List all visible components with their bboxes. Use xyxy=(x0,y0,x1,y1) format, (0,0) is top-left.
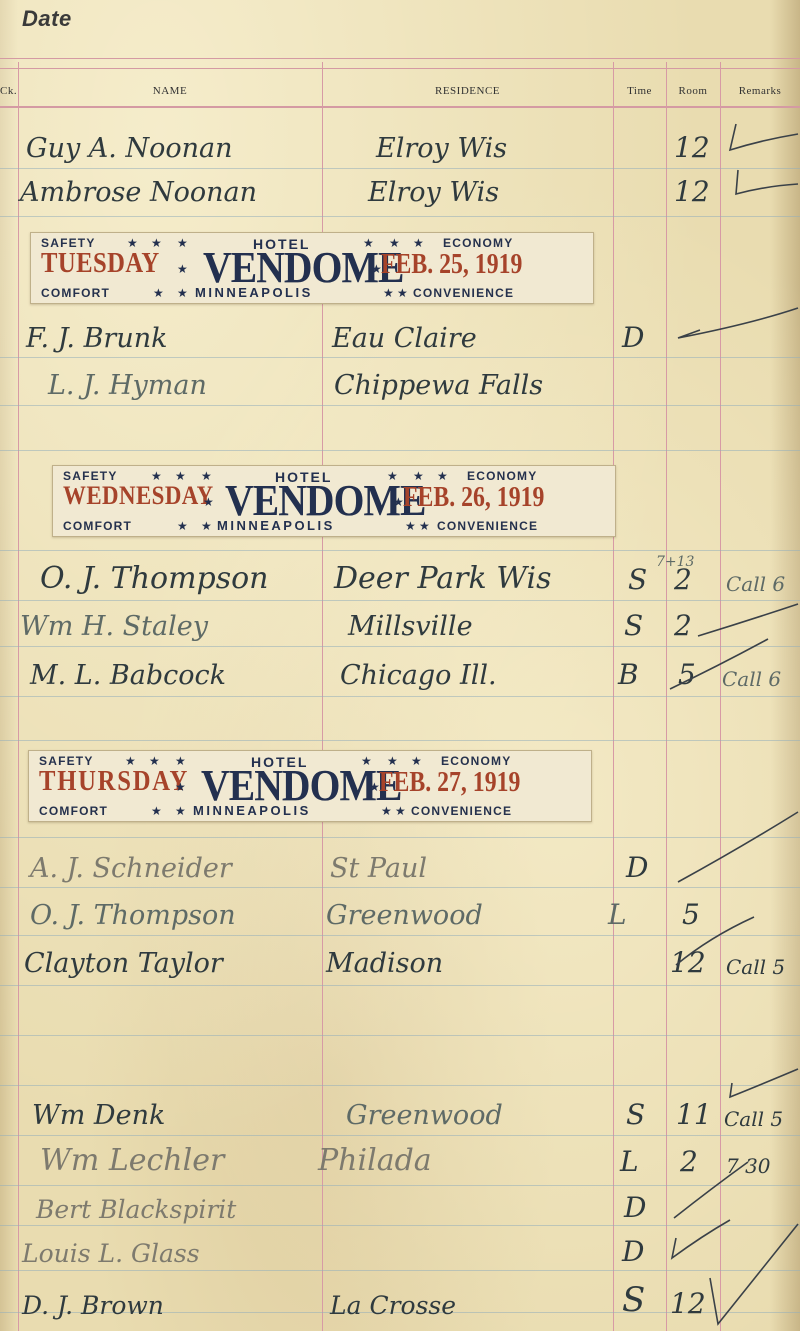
guest-room: 2 xyxy=(674,563,692,596)
guest-name: M. L. Babcock xyxy=(30,660,226,691)
register-entry: Guy A. Noonan Elroy Wis 12 xyxy=(0,128,800,168)
guest-residence: Eau Claire xyxy=(332,323,477,354)
star-icon: ★ xyxy=(405,519,416,533)
star-icon: ★ xyxy=(151,804,162,818)
star-icon: ★ xyxy=(381,804,392,818)
guest-name: Guy A. Noonan xyxy=(26,133,232,164)
guest-name: A. J. Schneider xyxy=(30,853,232,884)
guest-residence: St Paul xyxy=(330,853,427,884)
guest-name: D. J. Brown xyxy=(22,1291,164,1320)
star-icon: ★ xyxy=(419,519,430,533)
column-header-time: Time xyxy=(613,85,666,97)
star-icon: ★ xyxy=(153,286,164,300)
star-icon: ★ xyxy=(175,780,186,794)
star-icon: ★ xyxy=(383,286,394,300)
guest-time: D xyxy=(624,1191,646,1224)
star-icon: ★ xyxy=(175,804,186,818)
guest-name: Bert Blackspirit xyxy=(36,1195,236,1224)
banner-comfort: COMFORT xyxy=(39,804,108,818)
hotel-date-banner: SAFETY ★ ★ ★ WEDNESDAY ★ HOTEL VENDOME ★… xyxy=(52,465,616,537)
guest-name: O. J. Thompson xyxy=(40,561,269,596)
star-icon: ★ xyxy=(437,469,448,483)
check-mark-icon xyxy=(670,304,800,354)
star-icon: ★ xyxy=(387,469,398,483)
star-icon: ★ xyxy=(201,519,212,533)
guest-name: Wm H. Staley xyxy=(20,611,208,642)
ruled-line xyxy=(0,1035,800,1036)
guest-name: Ambrose Noonan xyxy=(20,177,257,208)
star-icon: ★ xyxy=(203,495,214,509)
banner-convenience: CONVENIENCE xyxy=(437,519,538,533)
guest-time: S xyxy=(626,1098,645,1131)
banner-comfort: COMFORT xyxy=(41,286,110,300)
header-rule-bottom xyxy=(0,106,800,108)
column-header-name: NAME xyxy=(18,85,322,97)
star-icon: ★ xyxy=(387,754,398,768)
guest-residence: Elroy Wis xyxy=(376,133,507,164)
guest-residence: Philada xyxy=(318,1143,432,1178)
banner-day: WEDNESDAY xyxy=(63,481,214,511)
date-label: Date xyxy=(22,6,72,32)
register-entry: Ambrose Noonan Elroy Wis 12 xyxy=(0,172,800,212)
column-header-residence: RESIDENCE xyxy=(322,85,613,97)
guest-residence: Madison xyxy=(326,948,443,979)
guest-name: Wm Lechler xyxy=(40,1143,224,1178)
ruled-line xyxy=(0,216,800,217)
ruled-line xyxy=(0,450,800,451)
register-entry: Clayton Taylor Madison 12 Call 5 xyxy=(0,943,800,983)
check-mark-icon xyxy=(730,166,800,206)
column-header-ck: Ck. xyxy=(0,85,14,97)
banner-date: FEB. 26, 1919 xyxy=(403,481,544,514)
guest-room: 12 xyxy=(674,175,710,208)
star-icon: ★ xyxy=(389,236,400,250)
hotel-date-banner: SAFETY ★ ★ ★ THURSDAY ★ HOTEL VENDOME ★ … xyxy=(28,750,592,822)
guest-residence: Elroy Wis xyxy=(368,177,499,208)
guest-residence: Greenwood xyxy=(326,900,483,931)
guest-remarks: Call 5 xyxy=(724,1107,783,1131)
banner-economy: ECONOMY xyxy=(441,754,511,768)
banner-economy: ECONOMY xyxy=(467,469,537,483)
guest-time: S xyxy=(622,1280,645,1320)
guest-residence: Chicago Ill. xyxy=(340,660,497,691)
guest-time: L xyxy=(620,1145,639,1178)
banner-city: MINNEAPOLIS xyxy=(193,803,311,818)
header-rule-2 xyxy=(0,68,800,69)
guest-name: Clayton Taylor xyxy=(24,948,223,979)
star-icon: ★ xyxy=(413,236,424,250)
ruled-line xyxy=(0,1085,800,1086)
star-icon: ★ xyxy=(395,804,406,818)
ruled-line xyxy=(0,1135,800,1136)
guest-residence: Millsville xyxy=(348,611,473,642)
guest-residence: Chippewa Falls xyxy=(334,370,543,401)
check-mark-icon xyxy=(720,1065,800,1105)
banner-convenience: CONVENIENCE xyxy=(411,804,512,818)
guest-time: D xyxy=(626,851,648,884)
column-header-room: Room xyxy=(666,85,720,97)
guest-time: D xyxy=(622,1235,644,1268)
register-entry: L. J. Hyman Chippewa Falls xyxy=(0,365,800,405)
ruled-line xyxy=(0,985,800,986)
banner-day: THURSDAY xyxy=(39,766,189,798)
guest-time: L xyxy=(608,898,627,931)
register-entry: A. J. Schneider St Paul D xyxy=(0,848,800,888)
banner-convenience: CONVENIENCE xyxy=(413,286,514,300)
star-icon: ★ xyxy=(413,469,424,483)
ruled-line xyxy=(0,696,800,697)
banner-date: FEB. 25, 1919 xyxy=(381,248,522,281)
register-entry: F. J. Brunk Eau Claire D xyxy=(0,318,800,358)
guest-name: L. J. Hyman xyxy=(48,370,207,401)
check-mark-icon xyxy=(670,913,760,973)
banner-city: MINNEAPOLIS xyxy=(195,285,313,300)
star-icon: ★ xyxy=(361,754,372,768)
banner-economy: ECONOMY xyxy=(443,236,513,250)
guest-room: 11 xyxy=(676,1098,712,1131)
guest-name: F. J. Brunk xyxy=(26,323,167,354)
banner-comfort: COMFORT xyxy=(63,519,132,533)
ruled-line xyxy=(0,405,800,406)
register-entry: D. J. Brown La Crosse S 12 xyxy=(0,1284,800,1324)
guest-residence: Greenwood xyxy=(346,1100,503,1131)
register-entry: O. J. Thompson Deer Park Wis S 7+13 2 Ca… xyxy=(0,560,800,600)
guest-room: 12 xyxy=(670,1287,706,1320)
check-mark-icon xyxy=(680,600,800,640)
register-entry: M. L. Babcock Chicago Ill. B 5 Call 6 xyxy=(0,655,800,695)
guest-time: D xyxy=(622,321,644,354)
star-icon: ★ xyxy=(397,286,408,300)
ruled-line xyxy=(0,740,800,741)
banner-day: TUESDAY xyxy=(41,248,160,280)
register-entry: Louis L. Glass D xyxy=(0,1232,800,1272)
banner-city: MINNEAPOLIS xyxy=(217,518,335,533)
column-header-remarks: Remarks xyxy=(720,85,800,97)
hotel-date-banner: SAFETY ★ ★ ★ TUESDAY ★ HOTEL VENDOME ★ F… xyxy=(30,232,594,304)
star-icon: ★ xyxy=(363,236,374,250)
star-icon: ★ xyxy=(177,236,188,250)
guest-name: Louis L. Glass xyxy=(22,1239,200,1268)
star-icon: ★ xyxy=(177,286,188,300)
guest-room: 12 xyxy=(674,131,710,164)
ruled-line xyxy=(0,550,800,551)
guest-time: B xyxy=(618,658,639,691)
ruled-line xyxy=(0,168,800,169)
check-mark-icon xyxy=(660,635,770,695)
guest-residence: La Crosse xyxy=(330,1291,456,1320)
star-icon: ★ xyxy=(177,519,188,533)
check-mark-icon xyxy=(670,808,800,888)
banner-date: FEB. 27, 1919 xyxy=(379,766,520,799)
guest-residence: Deer Park Wis xyxy=(334,561,552,596)
guest-time: S xyxy=(628,563,647,596)
register-entry: Wm Denk Greenwood S 11 Call 5 xyxy=(0,1095,800,1135)
header-rule-top xyxy=(0,58,800,59)
star-icon: ★ xyxy=(411,754,422,768)
guest-name: Wm Denk xyxy=(32,1100,165,1131)
guest-remarks: Call 6 xyxy=(726,572,785,596)
guest-name: O. J. Thompson xyxy=(30,900,236,931)
guest-time: S xyxy=(624,609,643,642)
check-mark-icon xyxy=(706,1220,800,1330)
star-icon: ★ xyxy=(177,262,188,276)
check-mark-icon xyxy=(722,116,800,166)
